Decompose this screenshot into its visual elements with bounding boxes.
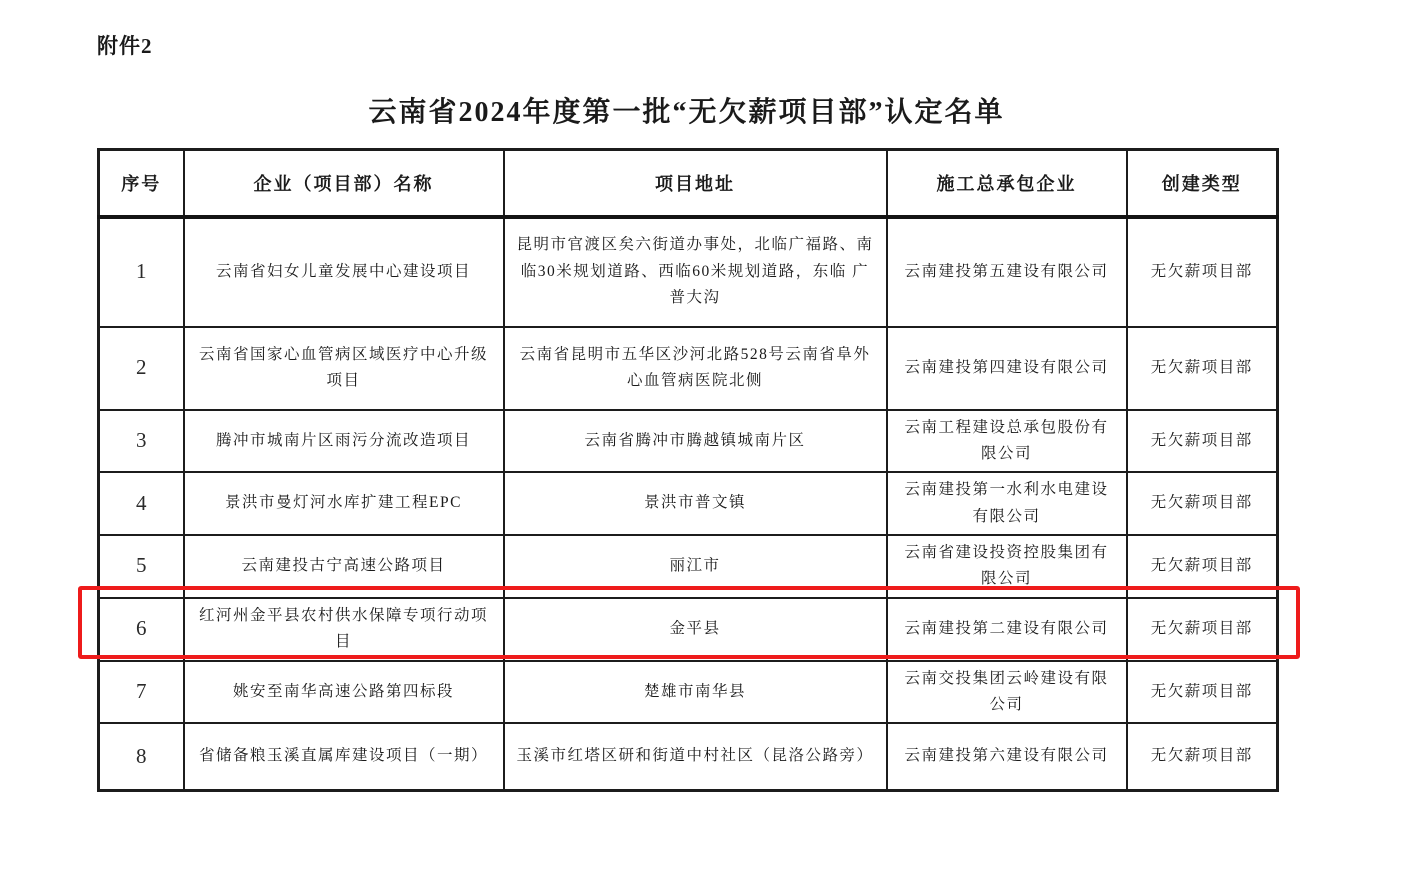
project-address-cell: 丽江市 [504, 535, 887, 598]
creation-type-cell: 无欠薪项目部 [1127, 535, 1278, 598]
contractor-cell: 云南建投第一水利水电建设有限公司 [887, 472, 1127, 535]
project-address-cell: 云南省腾冲市腾越镇城南片区 [504, 410, 887, 473]
creation-type-cell: 无欠薪项目部 [1127, 723, 1278, 790]
table-row: 3 腾冲市城南片区雨污分流改造项目 云南省腾冲市腾越镇城南片区 云南工程建设总承… [99, 410, 1278, 473]
project-address-cell: 云南省昆明市五华区沙河北路528号云南省阜外心血管病医院北侧 [504, 327, 887, 410]
project-name-cell: 腾冲市城南片区雨污分流改造项目 [184, 410, 504, 473]
contractor-cell: 云南省建设投资控股集团有限公司 [887, 535, 1127, 598]
header-project-address: 项目地址 [504, 150, 887, 217]
certification-table: 序号 企业（项目部）名称 项目地址 施工总承包企业 创建类型 1 云南省妇女儿童… [97, 148, 1279, 792]
row-number-cell: 1 [99, 217, 184, 327]
table-row: 4 景洪市曼灯河水库扩建工程EPC 景洪市普文镇 云南建投第一水利水电建设有限公… [99, 472, 1278, 535]
header-project-name: 企业（项目部）名称 [184, 150, 504, 217]
project-name-cell: 云南省国家心血管病区域医疗中心升级项目 [184, 327, 504, 410]
project-name-cell: 省储备粮玉溪直属库建设项目（一期） [184, 723, 504, 790]
project-name-cell: 姚安至南华高速公路第四标段 [184, 661, 504, 724]
creation-type-cell: 无欠薪项目部 [1127, 327, 1278, 410]
contractor-cell: 云南建投第五建设有限公司 [887, 217, 1127, 327]
creation-type-cell: 无欠薪项目部 [1127, 410, 1278, 473]
creation-type-cell: 无欠薪项目部 [1127, 472, 1278, 535]
row-number-cell: 3 [99, 410, 184, 473]
project-address-cell: 金平县 [504, 598, 887, 661]
row-number-cell: 2 [99, 327, 184, 410]
contractor-cell: 云南建投第四建设有限公司 [887, 327, 1127, 410]
header-contractor: 施工总承包企业 [887, 150, 1127, 217]
document-title: 云南省2024年度第一批“无欠薪项目部”认定名单 [97, 90, 1276, 130]
row-number-cell: 5 [99, 535, 184, 598]
creation-type-cell: 无欠薪项目部 [1127, 598, 1278, 661]
contractor-cell: 云南建投第六建设有限公司 [887, 723, 1127, 790]
table-header-row: 序号 企业（项目部）名称 项目地址 施工总承包企业 创建类型 [99, 150, 1278, 217]
project-address-cell: 楚雄市南华县 [504, 661, 887, 724]
project-address-cell: 景洪市普文镇 [504, 472, 887, 535]
contractor-cell: 云南建投第二建设有限公司 [887, 598, 1127, 661]
attachment-label: 附件2 [97, 30, 153, 60]
header-creation-type: 创建类型 [1127, 150, 1278, 217]
project-address-cell: 玉溪市红塔区研和街道中村社区（昆洛公路旁） [504, 723, 887, 790]
project-name-cell: 景洪市曼灯河水库扩建工程EPC [184, 472, 504, 535]
creation-type-cell: 无欠薪项目部 [1127, 661, 1278, 724]
contractor-cell: 云南工程建设总承包股份有限公司 [887, 410, 1127, 473]
scanned-document-page: 附件2 云南省2024年度第一批“无欠薪项目部”认定名单 序号 企业（项目部）名… [0, 0, 1414, 895]
project-name-cell: 红河州金平县农村供水保障专项行动项目 [184, 598, 504, 661]
table-row: 7 姚安至南华高速公路第四标段 楚雄市南华县 云南交投集团云岭建设有限公司 无欠… [99, 661, 1278, 724]
table-row: 2 云南省国家心血管病区域医疗中心升级项目 云南省昆明市五华区沙河北路528号云… [99, 327, 1278, 410]
header-serial-number: 序号 [99, 150, 184, 217]
table-row: 8 省储备粮玉溪直属库建设项目（一期） 玉溪市红塔区研和街道中村社区（昆洛公路旁… [99, 723, 1278, 790]
table-row: 1 云南省妇女儿童发展中心建设项目 昆明市官渡区矣六街道办事处，北临广福路、南临… [99, 217, 1278, 327]
project-name-cell: 云南省妇女儿童发展中心建设项目 [184, 217, 504, 327]
project-address-cell: 昆明市官渡区矣六街道办事处，北临广福路、南临30米规划道路、西临60米规划道路，… [504, 217, 887, 327]
creation-type-cell: 无欠薪项目部 [1127, 217, 1278, 327]
row-number-cell: 6 [99, 598, 184, 661]
contractor-cell: 云南交投集团云岭建设有限公司 [887, 661, 1127, 724]
table-row-highlighted: 6 红河州金平县农村供水保障专项行动项目 金平县 云南建投第二建设有限公司 无欠… [99, 598, 1278, 661]
table-row: 5 云南建投古宁高速公路项目 丽江市 云南省建设投资控股集团有限公司 无欠薪项目… [99, 535, 1278, 598]
row-number-cell: 4 [99, 472, 184, 535]
project-name-cell: 云南建投古宁高速公路项目 [184, 535, 504, 598]
row-number-cell: 7 [99, 661, 184, 724]
row-number-cell: 8 [99, 723, 184, 790]
